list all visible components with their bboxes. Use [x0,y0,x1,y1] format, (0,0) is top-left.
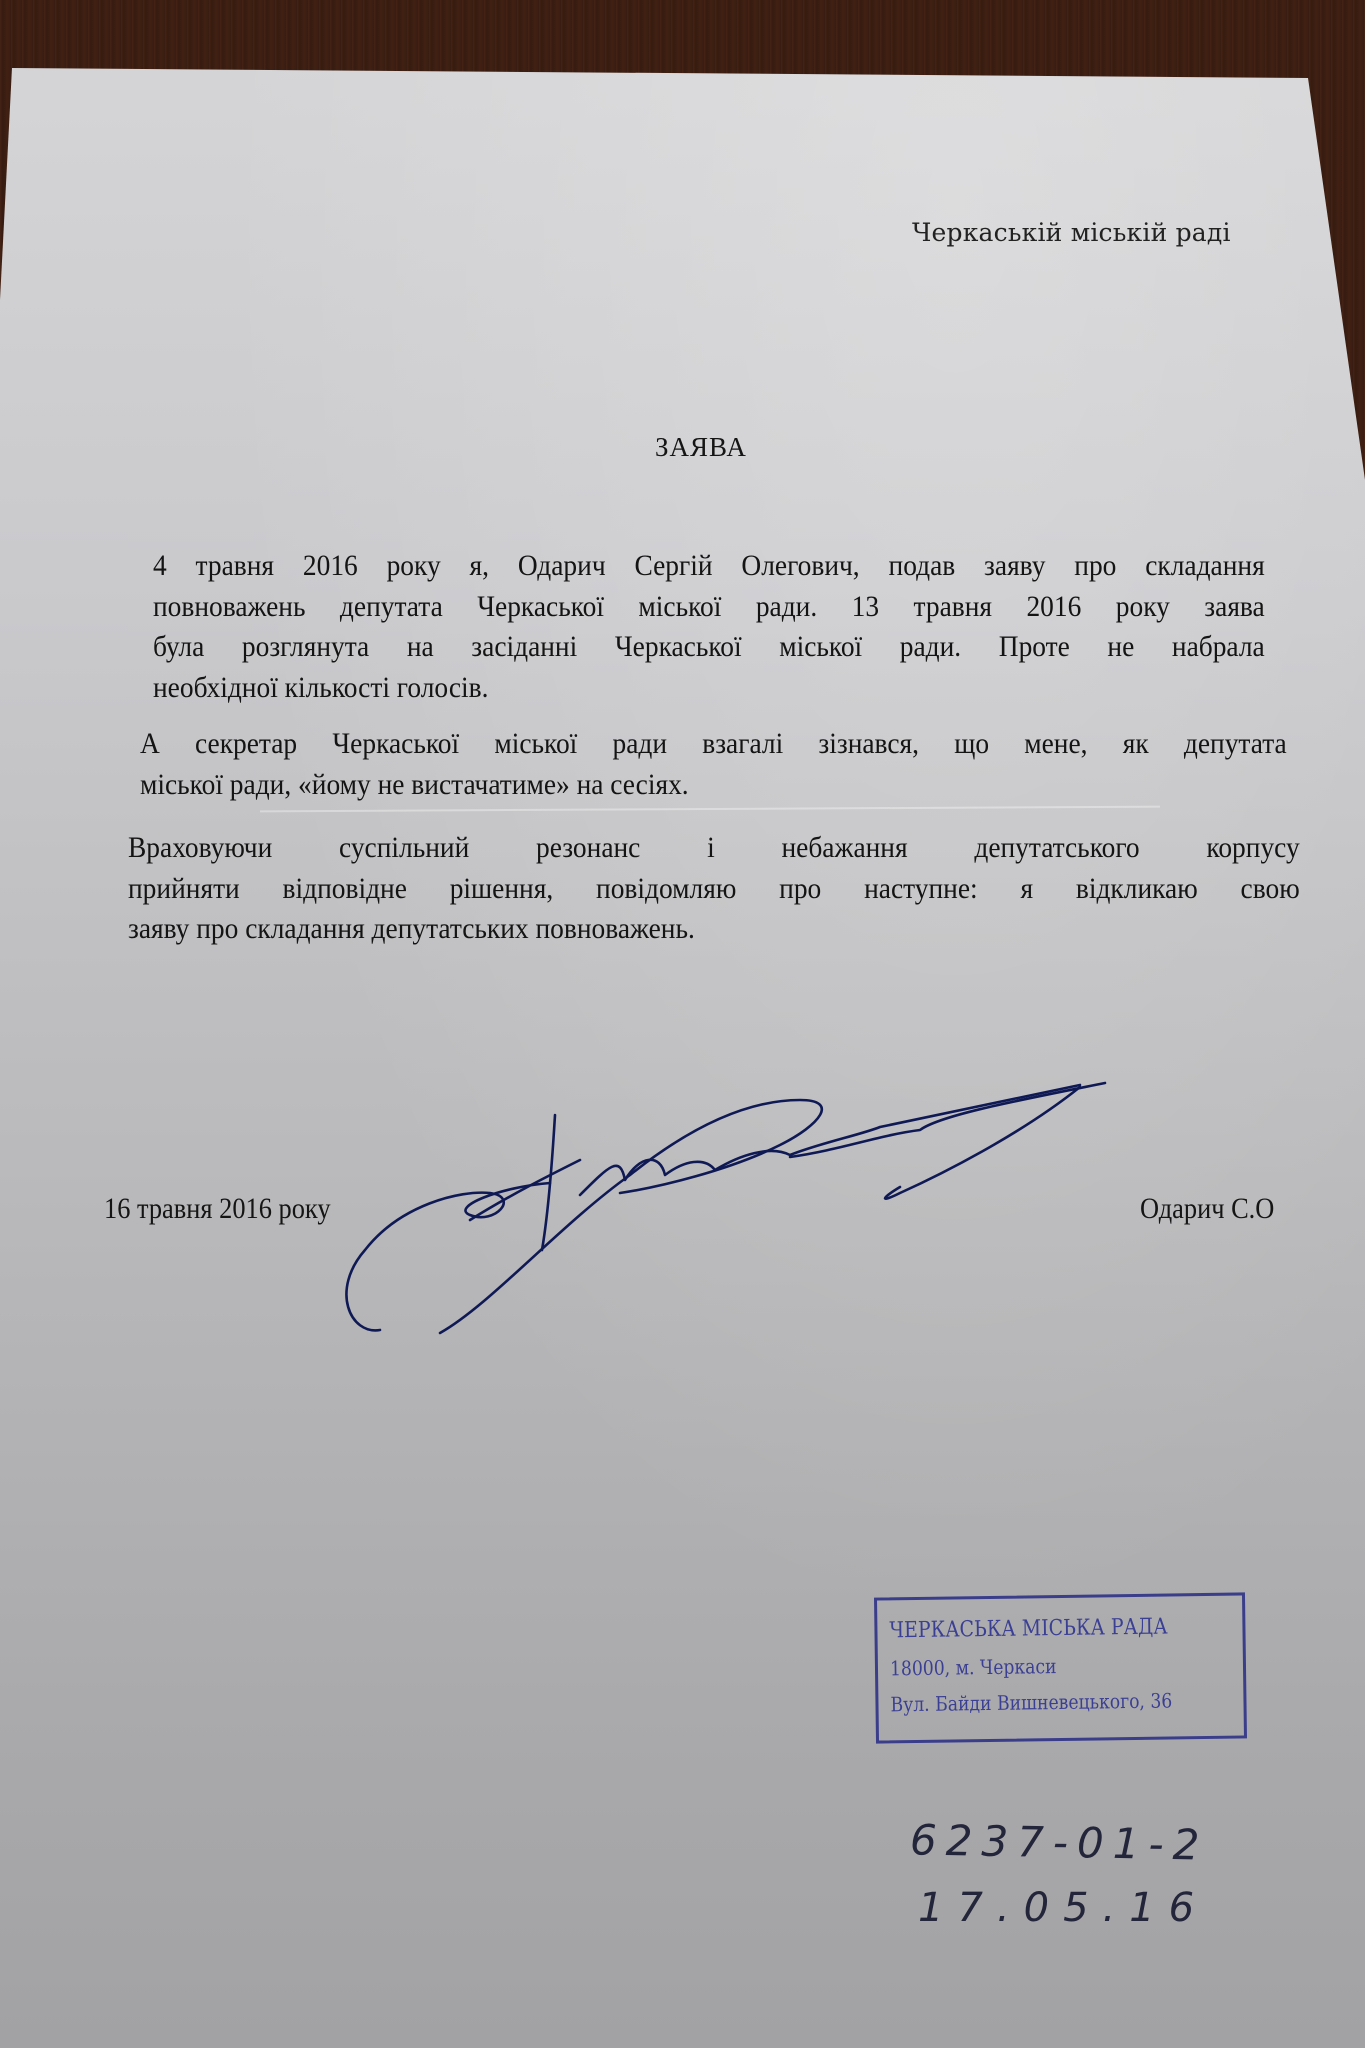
registration-number: 6237-01-2 [910,1815,1209,1869]
paragraph-line: 4 травня 2016 року я, Одарич Сергій Олег… [153,546,1265,587]
paragraph-1: 4 травня 2016 року я, Одарич Сергій Олег… [153,546,1265,708]
paragraph-line: прийняти відповідне рішення, повідомляю … [128,869,1300,910]
paragraph-line: заяву про складання депутатських повнова… [128,909,1300,950]
paragraph-line: необхідної кількості голосів. [153,668,1265,709]
paragraph-line: була розглянута на засіданні Черкаської … [153,627,1265,668]
city-council-stamp: ЧЕРКАСЬКА МІСЬКА РАДА 18000, м. Черкаси … [874,1592,1247,1743]
paper-sheet [0,0,1365,2048]
stamp-line-organization: ЧЕРКАСЬКА МІСЬКА РАДА [889,1615,1168,1644]
paragraph-line: А секретар Черкаської міської ради взага… [140,724,1287,765]
stamp-line-city: 18000, м. Черкаси [890,1654,1057,1680]
signature-date: 16 травня 2016 року [104,1192,331,1226]
registration-date: 17.05.16 [918,1885,1208,1931]
handwritten-signature [320,1075,1260,1345]
paragraph-3: Враховуючи суспільний резонанс і небажан… [128,828,1300,950]
document-title: ЗАЯВА [655,432,747,463]
stamp-line-street: Вул. Байди Вишневецького, 36 [890,1688,1172,1716]
paragraph-line: міської ради, «йому не вистачатиме» на с… [140,765,1287,806]
paragraph-line: Враховуючи суспільний резонанс і небажан… [128,828,1300,869]
paragraph-line: повноважень депутата Черкаської міської … [153,587,1265,628]
addressee: Черкаській міській раді [912,218,1231,247]
paragraph-2: А секретар Черкаської міської ради взага… [140,724,1287,805]
